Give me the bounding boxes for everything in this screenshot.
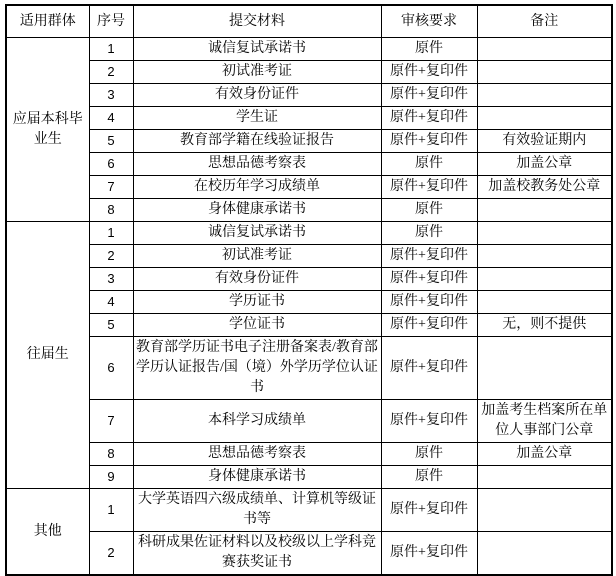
table-row: 4学历证书原件+复印件	[6, 291, 612, 314]
no-cell: 4	[89, 291, 133, 314]
material-cell: 本科学习成绩单	[133, 400, 381, 443]
table-header: 适用群体序号提交材料审核要求备注	[6, 5, 612, 38]
requirement-cell: 原件+复印件	[381, 84, 477, 107]
materials-table: 适用群体序号提交材料审核要求备注 应届本科毕业生1诚信复试承诺书原件2初试准考证…	[5, 4, 613, 576]
column-header-group: 适用群体	[6, 5, 89, 38]
table-row: 8思想品德考察表原件加盖公章	[6, 443, 612, 466]
note-cell	[477, 337, 612, 400]
no-cell: 9	[89, 466, 133, 489]
table-row: 4学生证原件+复印件	[6, 107, 612, 130]
material-cell: 诚信复试承诺书	[133, 222, 381, 245]
note-cell: 加盖校教务处公章	[477, 176, 612, 199]
note-cell	[477, 291, 612, 314]
no-cell: 1	[89, 222, 133, 245]
note-cell	[477, 466, 612, 489]
document-page: 适用群体序号提交材料审核要求备注 应届本科毕业生1诚信复试承诺书原件2初试准考证…	[0, 0, 616, 576]
requirement-cell: 原件	[381, 38, 477, 61]
no-cell: 7	[89, 400, 133, 443]
table-row: 9身体健康承诺书原件	[6, 466, 612, 489]
table-row: 5教育部学籍在线验证报告原件+复印件有效验证期内	[6, 130, 612, 153]
no-cell: 6	[89, 153, 133, 176]
material-cell: 学位证书	[133, 314, 381, 337]
note-cell: 加盖公章	[477, 153, 612, 176]
table-row: 2初试准考证原件+复印件	[6, 245, 612, 268]
table-row: 往届生1诚信复试承诺书原件	[6, 222, 612, 245]
requirement-cell: 原件	[381, 222, 477, 245]
note-cell	[477, 38, 612, 61]
table-row: 8身体健康承诺书原件	[6, 199, 612, 222]
note-cell	[477, 222, 612, 245]
note-cell	[477, 245, 612, 268]
no-cell: 8	[89, 199, 133, 222]
material-cell: 在校历年学习成绩单	[133, 176, 381, 199]
no-cell: 5	[89, 314, 133, 337]
table-row: 6教育部学历证书电子注册备案表/教育部学历认证报告/国（境）外学历学位认证书原件…	[6, 337, 612, 400]
material-cell: 有效身份证件	[133, 268, 381, 291]
requirement-cell: 原件+复印件	[381, 314, 477, 337]
material-cell: 大学英语四六级成绩单、计算机等级证书等	[133, 489, 381, 532]
no-cell: 2	[89, 532, 133, 576]
no-cell: 5	[89, 130, 133, 153]
material-cell: 身体健康承诺书	[133, 466, 381, 489]
note-cell	[477, 199, 612, 222]
material-cell: 诚信复试承诺书	[133, 38, 381, 61]
table-row: 3有效身份证件原件+复印件	[6, 268, 612, 291]
material-cell: 有效身份证件	[133, 84, 381, 107]
requirement-cell: 原件+复印件	[381, 337, 477, 400]
no-cell: 1	[89, 38, 133, 61]
no-cell: 7	[89, 176, 133, 199]
requirement-cell: 原件+复印件	[381, 532, 477, 576]
note-cell: 加盖考生档案所在单位人事部门公章	[477, 400, 612, 443]
note-cell	[477, 268, 612, 291]
column-header-note: 备注	[477, 5, 612, 38]
requirement-cell: 原件+复印件	[381, 61, 477, 84]
material-cell: 思想品德考察表	[133, 153, 381, 176]
requirement-cell: 原件	[381, 199, 477, 222]
no-cell: 8	[89, 443, 133, 466]
table-row: 6思想品德考察表原件加盖公章	[6, 153, 612, 176]
note-cell	[477, 532, 612, 576]
requirement-cell: 原件+复印件	[381, 400, 477, 443]
material-cell: 教育部学历证书电子注册备案表/教育部学历认证报告/国（境）外学历学位认证书	[133, 337, 381, 400]
note-cell	[477, 489, 612, 532]
material-cell: 科研成果佐证材料以及校级以上学科竞赛获奖证书	[133, 532, 381, 576]
table-body: 应届本科毕业生1诚信复试承诺书原件2初试准考证原件+复印件3有效身份证件原件+复…	[6, 38, 612, 576]
material-cell: 教育部学籍在线验证报告	[133, 130, 381, 153]
note-cell	[477, 61, 612, 84]
group-cell-0: 应届本科毕业生	[6, 38, 89, 222]
table-row: 2初试准考证原件+复印件	[6, 61, 612, 84]
table-row: 5学位证书原件+复印件无，则不提供	[6, 314, 612, 337]
column-header-requirement: 审核要求	[381, 5, 477, 38]
material-cell: 学历证书	[133, 291, 381, 314]
note-cell: 加盖公章	[477, 443, 612, 466]
table-row: 2科研成果佐证材料以及校级以上学科竞赛获奖证书原件+复印件	[6, 532, 612, 576]
requirement-cell: 原件+复印件	[381, 176, 477, 199]
note-cell: 有效验证期内	[477, 130, 612, 153]
requirement-cell: 原件+复印件	[381, 291, 477, 314]
table-row: 其他1大学英语四六级成绩单、计算机等级证书等原件+复印件	[6, 489, 612, 532]
requirement-cell: 原件	[381, 466, 477, 489]
no-cell: 6	[89, 337, 133, 400]
requirement-cell: 原件	[381, 443, 477, 466]
table-row: 7本科学习成绩单原件+复印件加盖考生档案所在单位人事部门公章	[6, 400, 612, 443]
requirement-cell: 原件	[381, 153, 477, 176]
group-cell-1: 往届生	[6, 222, 89, 489]
requirement-cell: 原件+复印件	[381, 130, 477, 153]
column-header-material: 提交材料	[133, 5, 381, 38]
material-cell: 初试准考证	[133, 61, 381, 84]
requirement-cell: 原件+复印件	[381, 489, 477, 532]
group-cell-2: 其他	[6, 489, 89, 576]
material-cell: 初试准考证	[133, 245, 381, 268]
material-cell: 思想品德考察表	[133, 443, 381, 466]
table-row: 应届本科毕业生1诚信复试承诺书原件	[6, 38, 612, 61]
note-cell	[477, 84, 612, 107]
requirement-cell: 原件+复印件	[381, 107, 477, 130]
material-cell: 身体健康承诺书	[133, 199, 381, 222]
note-cell: 无，则不提供	[477, 314, 612, 337]
no-cell: 2	[89, 61, 133, 84]
material-cell: 学生证	[133, 107, 381, 130]
no-cell: 3	[89, 84, 133, 107]
no-cell: 1	[89, 489, 133, 532]
no-cell: 3	[89, 268, 133, 291]
no-cell: 2	[89, 245, 133, 268]
header-row: 适用群体序号提交材料审核要求备注	[6, 5, 612, 38]
requirement-cell: 原件+复印件	[381, 245, 477, 268]
requirement-cell: 原件+复印件	[381, 268, 477, 291]
table-row: 3有效身份证件原件+复印件	[6, 84, 612, 107]
table-row: 7在校历年学习成绩单原件+复印件加盖校教务处公章	[6, 176, 612, 199]
no-cell: 4	[89, 107, 133, 130]
column-header-no: 序号	[89, 5, 133, 38]
note-cell	[477, 107, 612, 130]
